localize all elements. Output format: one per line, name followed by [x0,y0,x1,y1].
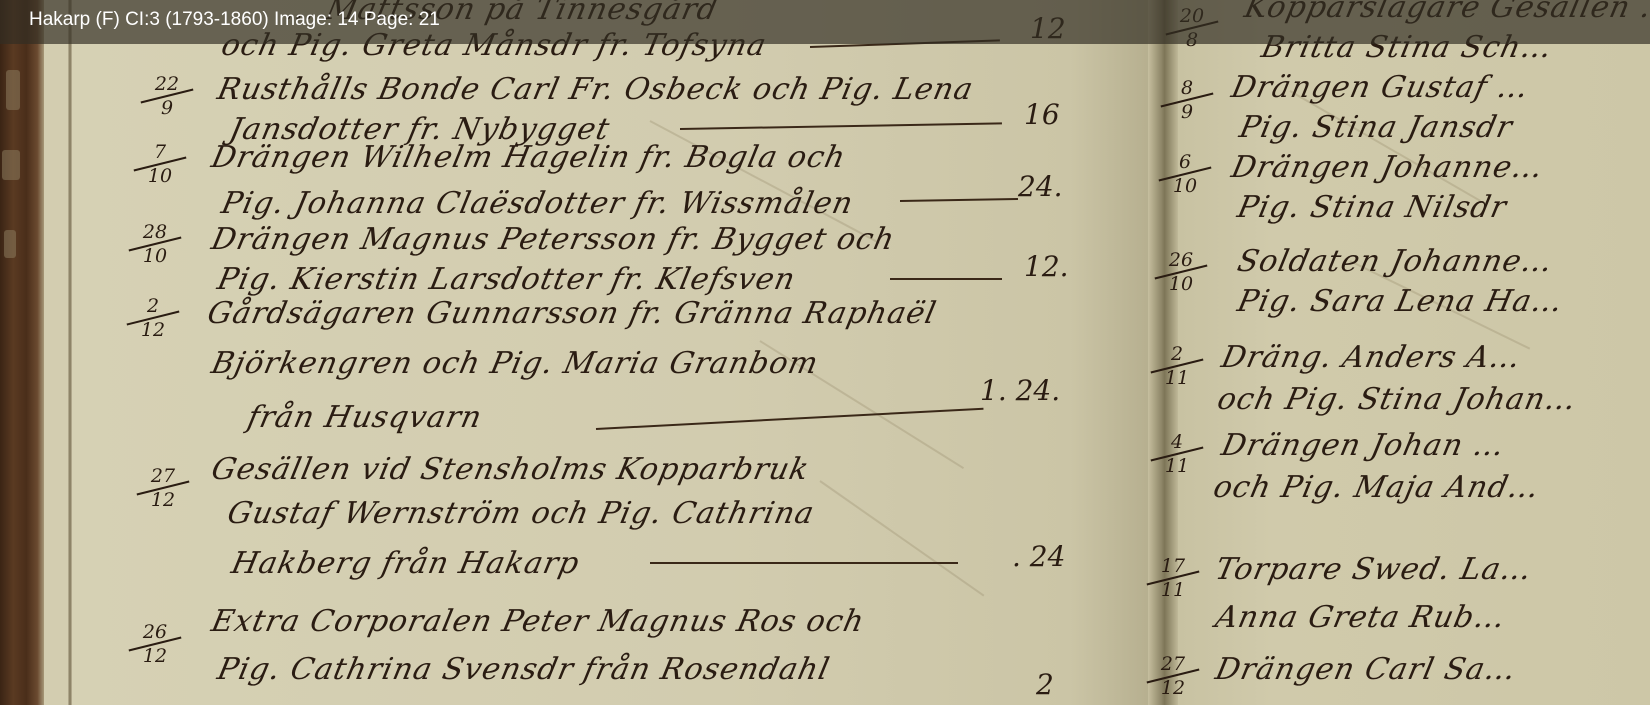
fee-amount: 12. [1024,250,1069,283]
entry-line: Pig. Sara Lena Ha… [1234,284,1566,319]
entry-line: Drängen Johanne… [1228,150,1547,185]
entry-line: Pig. Stina Nilsdr [1234,190,1510,225]
image-viewer[interactable]: … Mattsson på Tinnesgård och Pig. Greta … [0,0,1650,705]
entry-date: 212 [126,296,180,340]
entry-date: 89 [1160,78,1214,122]
entry-line: Pig. Cathrina Svensdr från Rosendahl [214,652,833,687]
entry-line: Torpare Swed. La… [1212,552,1535,587]
entry-line: och Pig. Stina Johan… [1214,382,1580,417]
entry-date: 2610 [1154,250,1208,294]
entry-line: Pig. Johanna Claësdotter fr. Wissmålen [218,186,856,221]
entry-line: Drängen Johan … [1218,428,1508,463]
page-margin [44,0,68,705]
fee-amount: . 24 [1012,540,1065,573]
fee-amount: 2 [1036,668,1054,701]
entry-date: 710 [133,142,187,186]
entry-date: 2810 [128,222,182,266]
entry-line: Pig. Stina Jansdr [1236,110,1516,145]
entry-date: 229 [140,74,194,118]
entry-line: Extra Corporalen Peter Magnus Ros och [208,604,868,639]
entry-line: Anna Greta Rub… [1212,600,1509,635]
entry-date: 211 [1150,344,1204,388]
entry-line: Dräng. Anders A… [1218,340,1524,375]
entry-date: 2712 [1146,654,1200,698]
fee-amount: 16 [1024,98,1060,131]
entry-date: 2612 [128,622,182,666]
entry-date: 610 [1158,152,1212,196]
entry-date: 411 [1150,432,1204,476]
image-title: Hakarp (F) CI:3 (1793-1860) Image: 14 Pa… [29,9,440,31]
entry-line: Gesällen vid Stensholms Kopparbruk [208,452,812,487]
entry-line: Drängen Magnus Petersson fr. Bygget och [208,222,898,257]
entry-line: Drängen Carl Sa… [1212,652,1520,687]
fee-amount: 1. 24. [980,374,1060,407]
entry-line: Hakberg från Hakarp [228,546,583,581]
entry-date: 2712 [136,466,190,510]
entry-line: Drängen Wilhelm Hagelin fr. Bogla och [208,140,849,175]
entry-line: och Pig. Maja And… [1210,470,1543,505]
entry-line: Gustaf Wernström och Pig. Cathrina [224,496,817,531]
entry-line: Gårdsägaren Gunnarsson fr. Gränna Raphaë… [204,296,939,331]
entry-line: Drängen Gustaf … [1228,70,1532,105]
book-binding [0,0,44,705]
image-info-bar: Hakarp (F) CI:3 (1793-1860) Image: 14 Pa… [0,0,1650,44]
entry-line: Rusthålls Bonde Carl Fr. Osbeck och Pig.… [214,72,976,107]
entry-date: 1711 [1146,556,1200,600]
fee-rule [890,278,1002,280]
entry-line: från Husqvarn [244,400,485,435]
entry-line: Björkengren och Pig. Maria Granbom [208,346,822,381]
register-scan[interactable]: … Mattsson på Tinnesgård och Pig. Greta … [0,0,1650,705]
entry-line: Soldaten Johanne… [1234,244,1556,279]
fee-amount: 24. [1018,170,1063,203]
fee-rule [650,562,958,564]
entry-line: Pig. Kierstin Larsdotter fr. Klefsven [214,262,799,297]
